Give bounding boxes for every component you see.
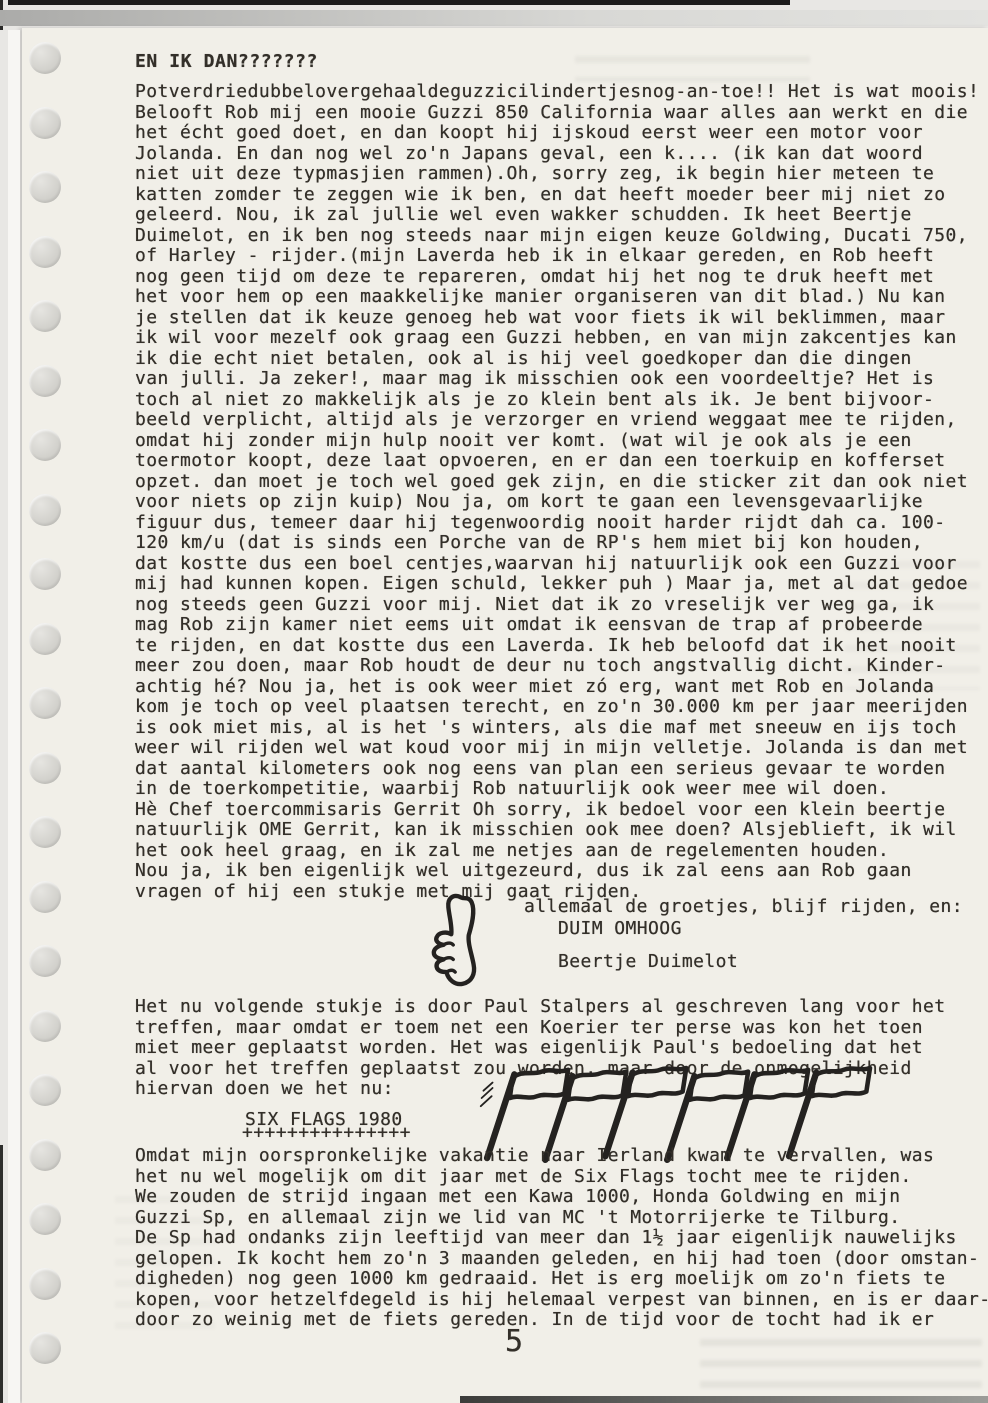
article2-body: Omdat mijn oorspronkelijke vakantie naar… <box>135 1146 988 1331</box>
punch-hole <box>29 107 61 139</box>
punch-hole <box>29 1203 61 1235</box>
scan-edge-top-line <box>8 0 790 5</box>
article1-title: EN IK DAN??????? <box>135 52 318 73</box>
punch-hole <box>29 42 61 74</box>
article1-body: Potverdriedubbelovergehaaldeguzzicilinde… <box>135 82 988 902</box>
paper-left-edge <box>8 30 20 1403</box>
punch-hole <box>29 623 61 655</box>
punch-hole <box>29 365 61 397</box>
bleed-through-smudge <box>575 50 810 82</box>
punch-hole <box>29 945 61 977</box>
thumbs-up-icon <box>428 891 492 993</box>
punch-hole <box>29 687 61 719</box>
punch-hole <box>29 1074 61 1106</box>
punch-hole <box>29 558 61 590</box>
scanned-newsletter-page: { "colors": { "paper": "#f1efe8", "ink":… <box>0 0 988 1403</box>
section-title-underline: +++++++++++++++ <box>242 1123 411 1144</box>
signature-slogan: DUIM OMHOOG <box>558 919 682 940</box>
punch-hole <box>29 494 61 526</box>
punch-hole <box>29 752 61 784</box>
punch-hole <box>29 236 61 268</box>
scan-edge-left-line <box>0 1145 3 1403</box>
punch-hole <box>29 1139 61 1171</box>
signature-closing: allemaal de groetjes, blijf rijden, en: <box>524 897 963 918</box>
punch-hole <box>29 1268 61 1300</box>
page-number: 5 <box>505 1332 524 1353</box>
punch-hole <box>29 171 61 203</box>
punch-hole <box>29 300 61 332</box>
punch-hole <box>29 1010 61 1042</box>
punch-hole <box>29 816 61 848</box>
scan-edge-bottom-line <box>460 1396 988 1403</box>
punch-hole <box>29 1332 61 1364</box>
scan-shadow-band <box>0 10 988 26</box>
punch-hole <box>29 429 61 461</box>
signature-author: Beertje Duimelot <box>558 952 738 973</box>
bleed-through-smudge <box>700 1333 982 1395</box>
punch-hole <box>29 881 61 913</box>
